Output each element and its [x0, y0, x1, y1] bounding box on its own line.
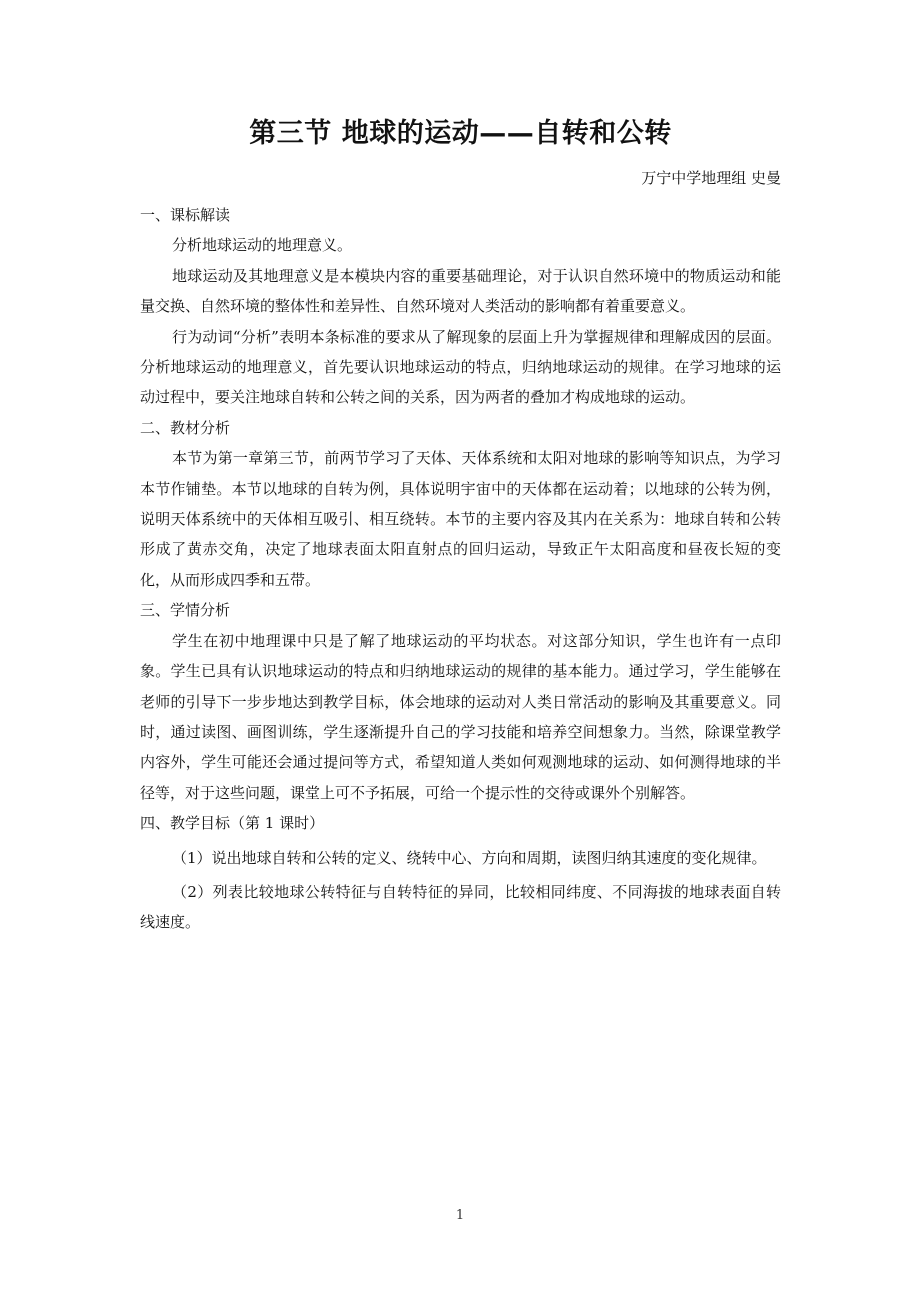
page-number: 1: [0, 1208, 920, 1223]
objective-item: （2）列表比较地球公转特征与自转特征的异同，比较相同纬度、不同海拔的地球表面自转…: [140, 877, 781, 938]
section-heading-curriculum: 一、课标解读: [140, 200, 781, 230]
paragraph: 地球运动及其地理意义是本模块内容的重要基础理论，对于认识自然环境中的物质运动和能…: [140, 261, 781, 322]
document-body: 一、课标解读 分析地球运动的地理意义。 地球运动及其地理意义是本模块内容的重要基…: [140, 200, 781, 938]
paragraph: 学生在初中地理课中只是了解了地球运动的平均状态。对这部分知识，学生也许有一点印象…: [140, 626, 781, 808]
section-heading-objectives: 四、教学目标（第 1 课时）: [140, 808, 781, 838]
paragraph: 本节为第一章第三节，前两节学习了天体、天体系统和太阳对地球的影响等知识点，为学习…: [140, 443, 781, 595]
paragraph: 行为动词“分析”表明本条标准的要求从了解现象的层面上升为掌握规律和理解成因的层面…: [140, 322, 781, 413]
document-author: 万宁中学地理组 史曼: [641, 166, 781, 190]
document-title: 第三节 地球的运动——自转和公转: [140, 116, 781, 152]
paragraph: 分析地球运动的地理意义。: [140, 230, 781, 260]
section-heading-textbook: 二、教材分析: [140, 413, 781, 443]
objective-item: （1）说出地球自转和公转的定义、绕转中心、方向和周期，读图归纳其速度的变化规律。: [140, 843, 781, 873]
section-heading-students: 三、学情分析: [140, 595, 781, 625]
